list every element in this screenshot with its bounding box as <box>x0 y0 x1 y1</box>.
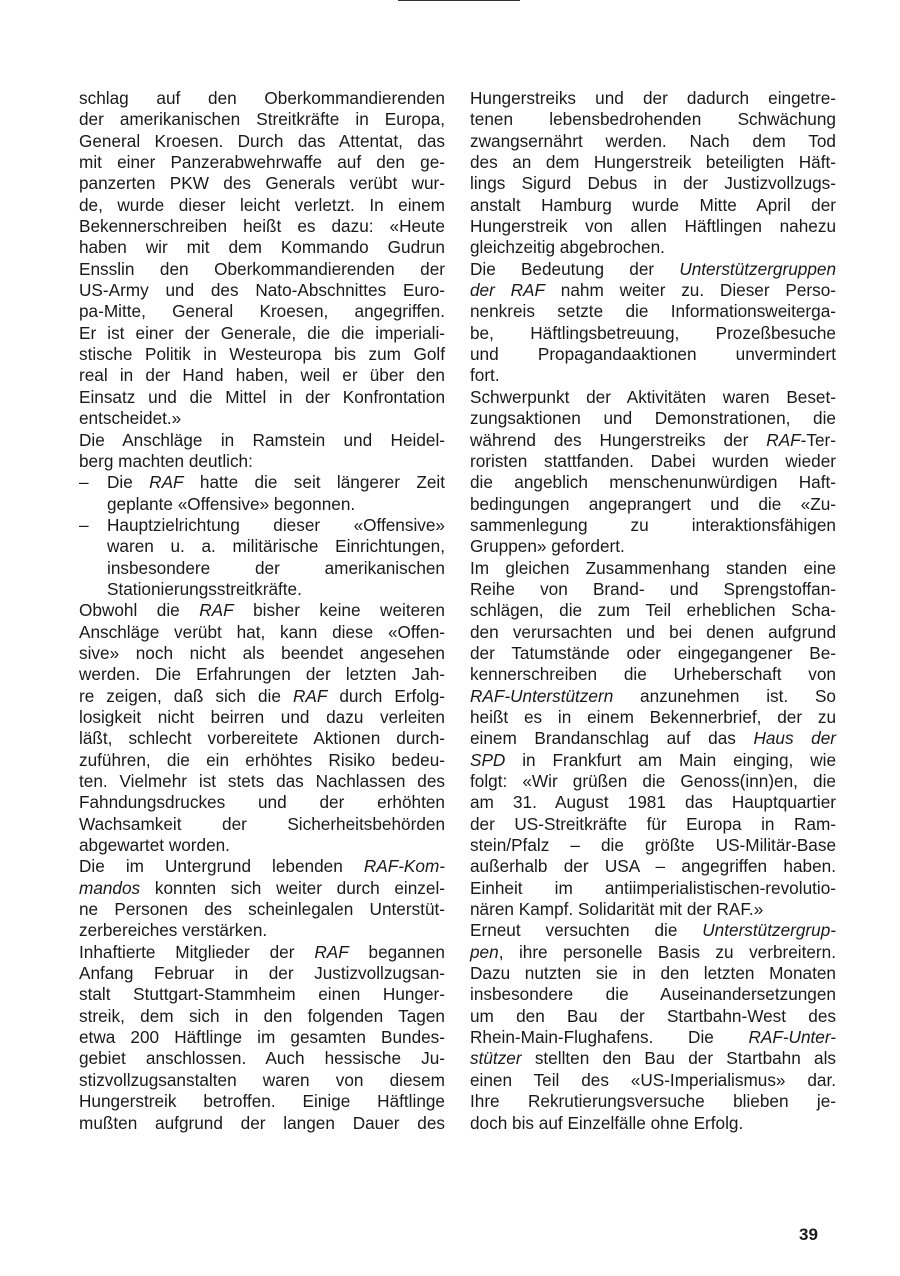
text-line: folgt: «Wir grüßen die Genoss(inn)en, di… <box>470 771 836 792</box>
text-line: Dazu nutzten sie in den letzten Monaten <box>470 963 836 984</box>
text-line: pen, ihre personelle Basis zu verbreiter… <box>470 942 836 963</box>
text-line: pa-Mitte, General Kroesen, angegriffen. <box>79 301 445 322</box>
bullet-item-targets: – Hauptzielrichtung dieser «Offensive» w… <box>79 515 445 600</box>
text-line: werden. Die Erfahrungen der letzten Jah- <box>79 664 445 685</box>
text-line: ne Personen des scheinlegalen Unterstüt- <box>79 899 445 920</box>
text-line: Rhein-Main-Flughafens. Die RAF-Unter- <box>470 1027 836 1048</box>
text-line: die angeblich menschenunwürdigen Haft- <box>470 472 836 493</box>
text-line: stische Politik in Westeuropa bis zum Go… <box>79 344 445 365</box>
text-line: schlag auf den Oberkommandierenden <box>79 88 445 109</box>
text-line: kennerschreiben die Urheberschaft von <box>470 664 836 685</box>
text-line: mußten aufgrund der langen Dauer des <box>79 1113 445 1134</box>
text-line: SPD in Frankfurt am Main einging, wie <box>470 750 836 771</box>
text-line: Reihe von Brand- und Sprengstoffan- <box>470 579 836 600</box>
paragraph-anschlaege-intro: Die Anschläge in Ramstein und Heidel- be… <box>79 430 445 473</box>
text-line: de, wurde dieser leicht verletzt. In ein… <box>79 195 445 216</box>
text-line: zerbereiches verstärken. <box>79 920 445 941</box>
text-line: Hungerstreik von allen Häftlingen nahezu <box>470 216 836 237</box>
text-line: der amerikanischen Streitkräfte in Europ… <box>79 109 445 130</box>
text-line: läßt, schlecht vorbereitete Aktionen dur… <box>79 728 445 749</box>
text-line: Obwohl die RAF bisher keine weiteren <box>79 600 445 621</box>
text-line: zwangsernährt werden. Nach dem Tod <box>470 131 836 152</box>
text-line: den verursachten und bei denen aufgrund <box>470 622 836 643</box>
text-line: haben wir mit dem Kommando Gudrun <box>79 237 445 258</box>
text-line: fort. <box>470 365 836 386</box>
paragraph-rekrutierung: Erneut versuchten die Unterstützergrup- … <box>470 920 836 1133</box>
text-line: losigkeit nicht beirren und dazu verleit… <box>79 707 445 728</box>
text-line: tenen lebensbedrohenden Schwächung <box>470 109 836 130</box>
dash-bullet-icon: – <box>79 472 89 493</box>
page-number: 39 <box>799 1225 818 1245</box>
text-line: einem Brandanschlag auf das Haus der <box>470 728 836 749</box>
bullet-item-offensive: – Die RAF hatte die seit längerer Zeit g… <box>79 472 445 515</box>
text-line: panzerten PKW des Generals verübt wur- <box>79 173 445 194</box>
text-line: Er ist einer der Generale, die die imper… <box>79 323 445 344</box>
text-line: Einheit im antiimperialistischen-revolut… <box>470 878 836 899</box>
text-line: waren u. a. militärische Einrichtungen, <box>107 536 445 557</box>
text-line: anstalt Hamburg wurde Mitte April der <box>470 195 836 216</box>
text-line: Die im Untergrund lebenden RAF-Kom- <box>79 856 445 877</box>
text-line: doch bis auf Einzelfälle ohne Erfolg. <box>470 1113 836 1134</box>
text-line: Anschläge verübt hat, kann diese «Offen- <box>79 622 445 643</box>
text-line: Die Bedeutung der Unterstützergruppen <box>470 259 836 280</box>
text-line: gebiet anschlossen. Auch hessische Ju- <box>79 1048 445 1069</box>
text-line: Einsatz und die Mittel in der Konfrontat… <box>79 387 445 408</box>
text-line: heißt es in einem Bekennerbrief, der zu <box>470 707 836 728</box>
text-line: schlägen, die zum Teil erheblichen Scha- <box>470 600 836 621</box>
text-line: Erneut versuchten die Unterstützergrup- <box>470 920 836 941</box>
text-line: Inhaftierte Mitglieder der RAF begannen <box>79 942 445 963</box>
left-column: schlag auf den Oberkommandierenden der a… <box>79 88 445 1134</box>
text-line: am 31. August 1981 das Hauptquartier <box>470 792 836 813</box>
text-line: Im gleichen Zusammenhang standen eine <box>470 558 836 579</box>
right-column: Hungerstreiks und der dadurch eingetre- … <box>470 88 836 1134</box>
text-line: einen Teil des «US-Imperialismus» dar. <box>470 1070 836 1091</box>
text-line: abgewartet worden. <box>79 835 445 856</box>
paragraph-hungerstreik-end: Hungerstreiks und der dadurch eingetre- … <box>470 88 836 259</box>
text-line: während des Hungerstreiks der RAF-Ter- <box>470 430 836 451</box>
text-line: roristen stattfanden. Dabei wurden wiede… <box>470 451 836 472</box>
text-line: insbesondere die Auseinandersetzungen <box>470 984 836 1005</box>
paragraph-unterstuetzergruppen: Die Bedeutung der Unterstützergruppen de… <box>470 259 836 387</box>
paragraph-schwerpunkt: Schwerpunkt der Aktivitäten waren Beset-… <box>470 387 836 558</box>
paragraph-offensive-not-ended: Obwohl die RAF bisher keine weiteren Ans… <box>79 600 445 856</box>
text-line: Die Anschläge in Ramstein und Heidel- <box>79 430 445 451</box>
text-line: RAF-Unterstützern anzunehmen ist. So <box>470 686 836 707</box>
paragraph-raf-kommandos: Die im Untergrund lebenden RAF-Kom- mand… <box>79 856 445 941</box>
text-line: Hauptzielrichtung dieser «Offensive» <box>107 515 445 536</box>
text-line: stein/Pfalz – die größte US-Militär-Base <box>470 835 836 856</box>
text-line: zungsaktionen und Demonstrationen, die <box>470 408 836 429</box>
text-line: Gruppen» gefordert. <box>470 536 836 557</box>
dash-bullet-icon: – <box>79 515 89 536</box>
text-line: Hungerstreik betroffen. Einige Häftlinge <box>79 1091 445 1112</box>
text-line: Wachsamkeit der Sicherheitsbehörden <box>79 814 445 835</box>
paragraph-attack-kroesen: schlag auf den Oberkommandierenden der a… <box>79 88 445 430</box>
text-line: Die RAF hatte die seit längerer Zeit <box>107 472 445 493</box>
text-line: Hungerstreiks und der dadurch eingetre- <box>470 88 836 109</box>
text-line: nären Kampf. Solidarität mit der RAF.» <box>470 899 836 920</box>
text-line: real in der Hand haben, weil er über den <box>79 365 445 386</box>
text-line: etwa 200 Häftlinge im gesamten Bundes- <box>79 1027 445 1048</box>
text-line: stützer stellten den Bau der Startbahn a… <box>470 1048 836 1069</box>
text-line: re zeigen, daß sich die RAF durch Erfolg… <box>79 686 445 707</box>
text-line: des an dem Hungerstreik beteiligten Häft… <box>470 152 836 173</box>
text-line: geplante «Offensive» begonnen. <box>107 494 445 515</box>
text-line: Ensslin den Oberkommandierenden der <box>79 259 445 280</box>
text-line: der US-Streitkräfte für Europa in Ram- <box>470 814 836 835</box>
text-line: Bekennerschreiben heißt es dazu: «Heute <box>79 216 445 237</box>
text-line: der Tatumstände oder eingegangener Be- <box>470 643 836 664</box>
text-line: entscheidet.» <box>79 408 445 429</box>
text-line: streik, dem sich in den folgenden Tagen <box>79 1006 445 1027</box>
text-line: mit einer Panzerabwehrwaffe auf den ge- <box>79 152 445 173</box>
text-line: sive» noch nicht als beendet angesehen <box>79 643 445 664</box>
text-line: be, Häftlingsbetreuung, Prozeßbesuche <box>470 323 836 344</box>
text-line: um den Bau der Startbahn-West des <box>470 1006 836 1027</box>
text-line: stizvollzugsanstalten waren von diesem <box>79 1070 445 1091</box>
text-line: Stationierungsstreitkräfte. <box>107 579 445 600</box>
text-line: General Kroesen. Durch das Attentat, das <box>79 131 445 152</box>
paragraph-hungerstreik: Inhaftierte Mitglieder der RAF begannen … <box>79 942 445 1134</box>
text-line: Fahndungsdruckes und der erhöhten <box>79 792 445 813</box>
text-line: stalt Stuttgart-Stammheim einen Hunger- <box>79 984 445 1005</box>
text-line: Anfang Februar in der Justizvollzugsan- <box>79 963 445 984</box>
text-line: nenkreis setzte die Informationsweiterga… <box>470 301 836 322</box>
text-line: US-Army und des Nato-Abschnittes Euro- <box>79 280 445 301</box>
text-line: Ihre Rekrutierungsversuche blieben je- <box>470 1091 836 1112</box>
text-line: bedingungen angeprangert und die «Zu- <box>470 494 836 515</box>
text-line: gleichzeitig abgebrochen. <box>470 237 836 258</box>
text-line: zuführen, die ein erhöhtes Risiko bedeu- <box>79 750 445 771</box>
paragraph-brandanschlaege: Im gleichen Zusammenhang standen eine Re… <box>470 558 836 921</box>
text-line: Schwerpunkt der Aktivitäten waren Beset- <box>470 387 836 408</box>
top-rule <box>398 0 520 1</box>
text-line: berg machten deutlich: <box>79 451 445 472</box>
text-line: ten. Vielmehr ist stets das Nachlassen d… <box>79 771 445 792</box>
text-line: außerhalb der USA – angegriffen haben. <box>470 856 836 877</box>
text-line: und Propagandaaktionen unvermindert <box>470 344 836 365</box>
text-line: sammenlegung zu interaktionsfähigen <box>470 515 836 536</box>
text-line: insbesondere der amerikanischen <box>107 558 445 579</box>
text-line: lings Sigurd Debus in der Justizvollzugs… <box>470 173 836 194</box>
text-line: der RAF nahm weiter zu. Dieser Perso- <box>470 280 836 301</box>
text-line: mandos konnten sich weiter durch einzel- <box>79 878 445 899</box>
